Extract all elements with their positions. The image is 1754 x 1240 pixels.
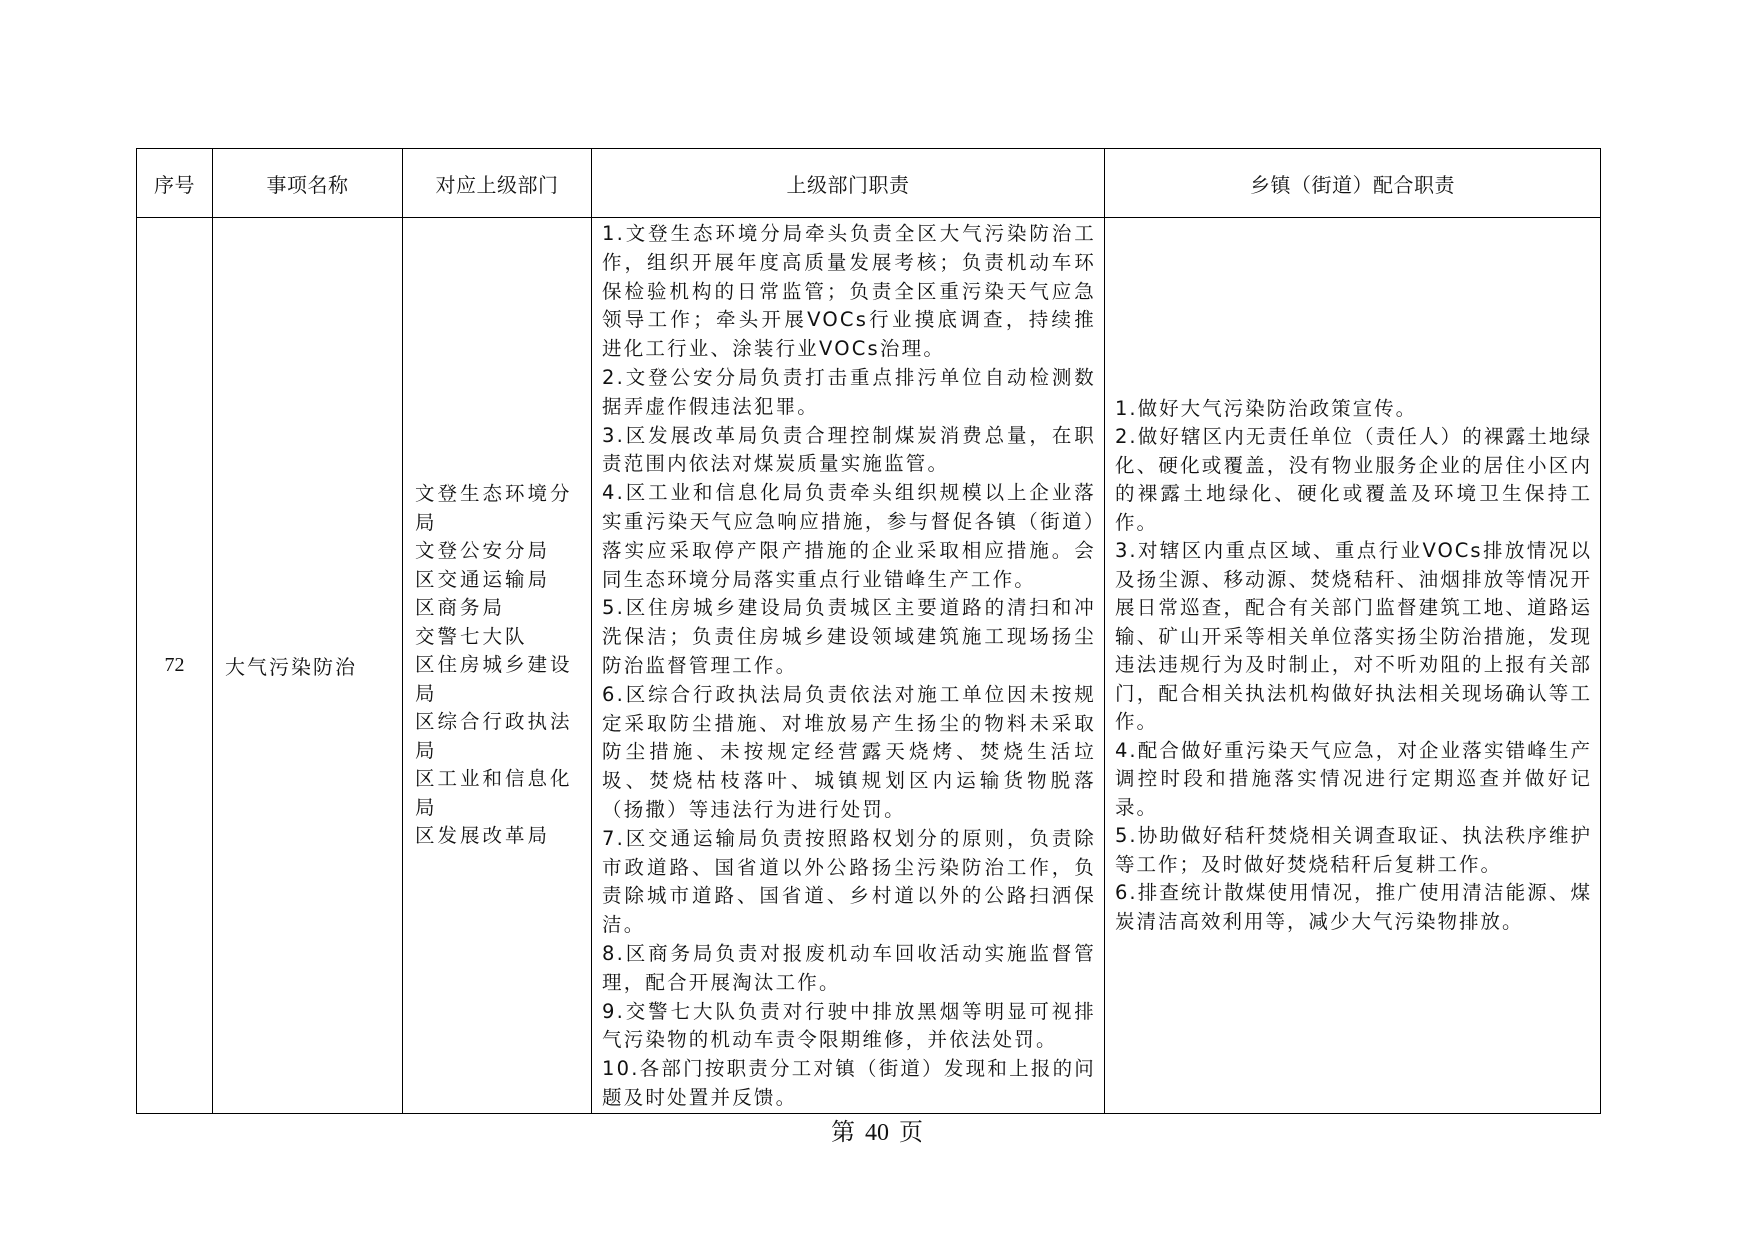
town-duty-item: 6.排查统计散煤使用情况，推广使用清洁能源、煤炭清洁高效利用等，减少大气污染物排… [1115,879,1592,936]
duty-item: 8.区商务局负责对报废机动车回收活动实施监督管理，配合开展淘汰工作。 [602,940,1096,998]
header-superior-duties: 上级部门职责 [592,149,1105,218]
department-item: 区发展改革局 [415,822,583,851]
duty-item: 10.各部门按职责分工对镇（街道）发现和上报的问题及时处置并反馈。 [602,1055,1096,1113]
town-duty-item: 3.对辖区内重点区域、重点行业VOCs排放情况以及扬尘源、移动源、焚烧秸秆、油烟… [1115,537,1592,737]
town-duty-item: 4.配合做好重污染天气应急，对企业落实错峰生产调控时段和措施落实情况进行定期巡查… [1115,737,1592,823]
duty-item: 2.文登公安分局负责打击重点排污单位自动检测数据弄虚作假违法犯罪。 [602,364,1096,422]
duty-item: 1.文登生态环境分局牵头负责全区大气污染防治工作，组织开展年度高质量发展考核；负… [602,220,1096,364]
department-item: 区住房城乡建设局 [415,651,583,708]
town-duty-item: 1.做好大气污染防治政策宣传。 [1115,395,1592,424]
department-item: 交警七大队 [415,623,583,652]
duty-item: 4.区工业和信息化局负责牵头组织规模以上企业落实重污染天气应急响应措施，参与督促… [602,479,1096,594]
page-number: 40 [865,1120,889,1146]
header-serial-no: 序号 [137,149,213,218]
duty-item: 5.区住房城乡建设局负责城区主要道路的清扫和冲洗保洁；负责住房城乡建设领域建筑施… [602,594,1096,680]
department-item: 区商务局 [415,594,583,623]
superior-duties-cell: 1.文登生态环境分局牵头负责全区大气污染防治工作，组织开展年度高质量发展考核；负… [592,218,1105,1114]
department-list: 文登生态环境分局 文登公安分局 区交通运输局 区商务局 交警七大队 区住房城乡建… [403,480,591,851]
duty-item: 6.区综合行政执法局负责依法对施工单位因未按规定采取防尘措施、对堆放易产生扬尘的… [602,681,1096,825]
town-duty-item: 5.协助做好秸秆焚烧相关调查取证、执法秩序维护等工作；及时做好焚烧秸秆后复耕工作… [1115,822,1592,879]
department-item: 区工业和信息化局 [415,765,583,822]
departments-cell: 文登生态环境分局 文登公安分局 区交通运输局 区商务局 交警七大队 区住房城乡建… [403,218,592,1114]
responsibility-table: 序号 事项名称 对应上级部门 上级部门职责 乡镇（街道）配合职责 72 大气污染… [136,148,1601,1114]
duty-item: 9.交警七大队负责对行驶中排放黑烟等明显可视排气污染物的机动车责令限期维修，并依… [602,998,1096,1056]
table-row: 72 大气污染防治 文登生态环境分局 文登公安分局 区交通运输局 区商务局 交警… [137,218,1601,1114]
town-duties-cell: 1.做好大气污染防治政策宣传。 2.做好辖区内无责任单位（责任人）的裸露土地绿化… [1105,218,1601,1114]
town-duty-list: 1.做好大气污染防治政策宣传。 2.做好辖区内无责任单位（责任人）的裸露土地绿化… [1105,395,1600,937]
department-item: 文登生态环境分局 [415,480,583,537]
header-superior-department: 对应上级部门 [403,149,592,218]
department-item: 区交通运输局 [415,566,583,595]
header-town-duties: 乡镇（街道）配合职责 [1105,149,1601,218]
page-label-prefix: 第 [831,1118,855,1146]
header-item-name: 事项名称 [213,149,403,218]
item-name-cell: 大气污染防治 [213,218,403,1114]
table-header-row: 序号 事项名称 对应上级部门 上级部门职责 乡镇（街道）配合职责 [137,149,1601,218]
department-item: 区综合行政执法局 [415,708,583,765]
duty-item: 7.区交通运输局负责按照路权划分的原则，负责除市政道路、国省道以外公路扬尘污染防… [602,825,1096,940]
page-label-suffix: 页 [899,1118,923,1146]
serial-no-cell: 72 [137,218,213,1114]
page-footer: 第40页 [0,1112,1754,1147]
duty-item: 3.区发展改革局负责合理控制煤炭消费总量，在职责范围内依法对煤炭质量实施监管。 [602,422,1096,480]
superior-duty-list: 1.文登生态环境分局牵头负责全区大气污染防治工作，组织开展年度高质量发展考核；负… [592,218,1104,1113]
town-duty-item: 2.做好辖区内无责任单位（责任人）的裸露土地绿化、硬化或覆盖，没有物业服务企业的… [1115,423,1592,537]
department-item: 文登公安分局 [415,537,583,566]
